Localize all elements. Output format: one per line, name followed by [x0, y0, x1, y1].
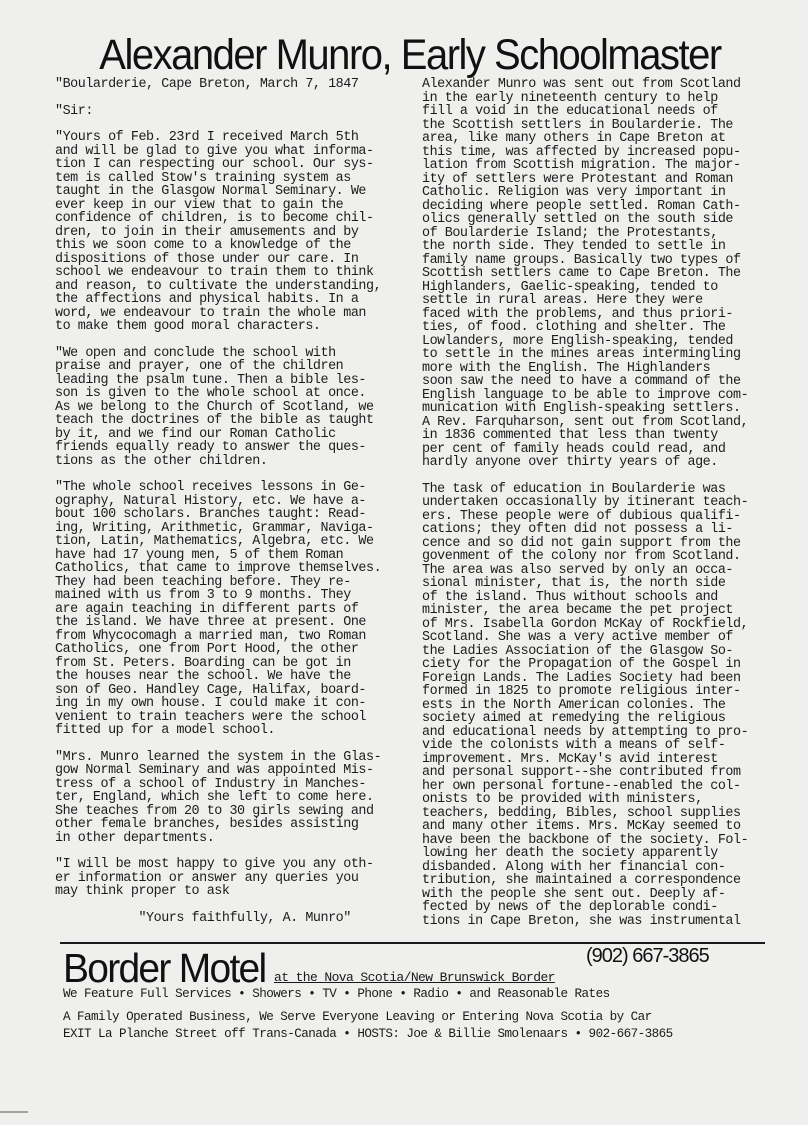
letter-paragraph: "We open and conclude the school with pr…: [55, 347, 405, 469]
essay-paragraph: The task of education in Boularderie was…: [422, 483, 782, 929]
letter-paragraph: "The whole school receives lessons in Ge…: [55, 481, 405, 738]
letter-column: "Boularderie, Cape Breton, March 7, 1847…: [55, 78, 405, 925]
letter-salutation: "Sir:: [55, 105, 405, 119]
letter-paragraph: "Yours of Feb. 23rd I received March 5th…: [55, 131, 405, 334]
letter-dateline: "Boularderie, Cape Breton, March 7, 1847: [55, 78, 405, 92]
scan-mark: [0, 1111, 28, 1113]
ad-features: We Feature Full Services • Showers • TV …: [63, 987, 610, 1002]
letter-paragraph: "I will be most happy to give you any ot…: [55, 858, 405, 899]
letter-paragraph: "Mrs. Munro learned the system in the Gl…: [55, 751, 405, 846]
ad-business-name: Border Motel: [63, 946, 265, 990]
ad-exit-line: EXIT La Planche Street off Trans-Canada …: [63, 1027, 673, 1042]
ad-location: at the Nova Scotia/New Brunswick Border: [274, 970, 555, 985]
document-page: Alexander Munro, Early Schoolmaster "Bou…: [0, 0, 808, 1125]
letter-signoff: "Yours faithfully, A. Munro": [55, 912, 405, 926]
ad-phone: (902) 667-3865: [586, 944, 709, 968]
essay-paragraph: Alexander Munro was sent out from Scotla…: [422, 78, 782, 470]
ad-family-line: A Family Operated Business, We Serve Eve…: [63, 1010, 652, 1025]
essay-column: Alexander Munro was sent out from Scotla…: [422, 78, 782, 941]
article-title: Alexander Munro, Early Schoolmaster: [85, 32, 736, 78]
